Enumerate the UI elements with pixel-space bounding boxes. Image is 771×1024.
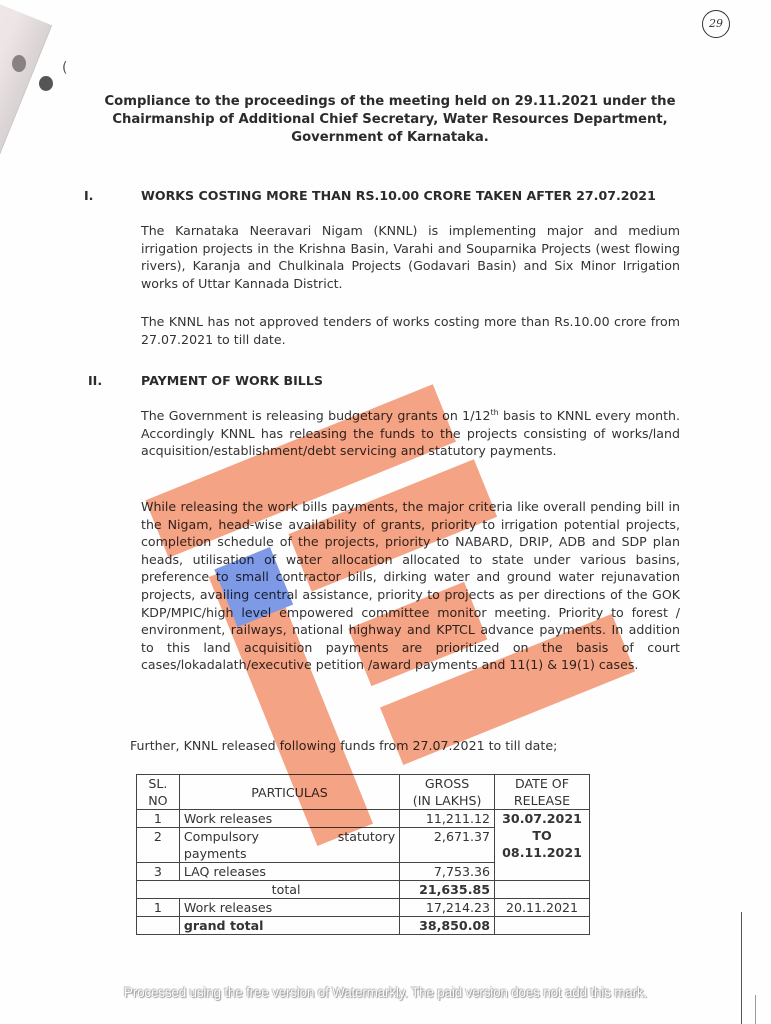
paragraph: While releasing the work bills payments,… xyxy=(141,498,680,674)
date-to-word: TO xyxy=(499,827,585,844)
header-gross: GROSS(IN LAKHS) xyxy=(400,775,495,810)
cell-particulars: Compulsorystatutory payments xyxy=(179,828,399,863)
cell-particulars: Work releases xyxy=(179,899,399,917)
table-row-grand-total: grand total 38,850.08 xyxy=(137,917,590,935)
paragraph: The Government is releasing budgetary gr… xyxy=(141,407,680,460)
cell-sl: 3 xyxy=(137,863,180,881)
cell-grand-total-label: grand total xyxy=(179,917,399,935)
margin-mark: ( xyxy=(62,60,67,76)
title-line: Government of Karnataka. xyxy=(60,129,720,147)
cell-sl: 2 xyxy=(137,828,180,863)
cell-particulars: Work releases xyxy=(179,810,399,828)
date-from: 30.07.2021 xyxy=(499,810,585,827)
watermark-footer-text: Processed using the free version of Wate… xyxy=(0,985,771,1000)
table-row: 1 Work releases 17,214.23 20.11.2021 xyxy=(137,899,590,917)
cell-sl: 1 xyxy=(137,899,180,917)
text-run: Compulsory xyxy=(184,828,259,845)
cell-empty xyxy=(495,881,590,899)
table-row: 1 Work releases 11,211.12 30.07.2021 TO … xyxy=(137,810,590,828)
section-number: I. xyxy=(84,188,93,203)
paragraph: The KNNL has not approved tenders of wor… xyxy=(141,313,680,348)
cell-gross: 11,211.12 xyxy=(400,810,495,828)
cell-sl: 1 xyxy=(137,810,180,828)
punch-hole xyxy=(39,76,53,91)
superscript: th xyxy=(490,408,498,417)
cell-date-range: 30.07.2021 TO 08.11.2021 xyxy=(495,810,590,881)
cell-total-label: total xyxy=(137,881,400,899)
punch-hole xyxy=(12,55,26,72)
cell-grand-total-gross: 38,850.08 xyxy=(400,917,495,935)
header-text: (IN LAKHS) xyxy=(404,792,490,809)
table-header-row: SL.NO PARTICULAS GROSS(IN LAKHS) DATE OF… xyxy=(137,775,590,810)
header-text: NO xyxy=(141,792,175,809)
date-to: 08.11.2021 xyxy=(499,844,585,861)
text-run: statutory xyxy=(338,828,395,845)
cell-total-gross: 21,635.85 xyxy=(400,881,495,899)
paragraph: The Karnataka Neeravari Nigam (KNNL) is … xyxy=(141,222,680,292)
header-text: SL. xyxy=(141,775,175,792)
header-date: DATE OFRELEASE xyxy=(495,775,590,810)
header-text: RELEASE xyxy=(499,792,585,809)
title-line: Compliance to the proceedings of the mee… xyxy=(60,93,720,111)
header-particulars: PARTICULAS xyxy=(179,775,399,810)
header-text: GROSS xyxy=(404,775,490,792)
cell-gross: 7,753.36 xyxy=(400,863,495,881)
page-number-stamp: 29 xyxy=(702,10,730,38)
funds-table: SL.NO PARTICULAS GROSS(IN LAKHS) DATE OF… xyxy=(136,774,590,935)
section-heading: PAYMENT OF WORK BILLS xyxy=(141,373,323,388)
cell-gross: 17,214.23 xyxy=(400,899,495,917)
text-run: The Government is releasing budgetary gr… xyxy=(141,408,490,423)
section-number: II. xyxy=(88,373,102,388)
header-text: DATE OF xyxy=(499,775,585,792)
cell-gross: 2,671.37 xyxy=(400,828,495,863)
cell-empty xyxy=(137,917,180,935)
cell-date: 20.11.2021 xyxy=(495,899,590,917)
table-row-total: total 21,635.85 xyxy=(137,881,590,899)
text-run: payments xyxy=(184,845,395,862)
document-title: Compliance to the proceedings of the mee… xyxy=(60,93,720,147)
cell-empty xyxy=(495,917,590,935)
header-sl-no: SL.NO xyxy=(137,775,180,810)
title-line: Chairmanship of Additional Chief Secreta… xyxy=(60,111,720,129)
page-edge-line xyxy=(741,912,742,1024)
further-text: Further, KNNL released following funds f… xyxy=(130,738,557,753)
page-edge-shadow xyxy=(0,0,52,452)
cell-particulars: LAQ releases xyxy=(179,863,399,881)
section-heading: WORKS COSTING MORE THAN RS.10.00 CRORE T… xyxy=(141,188,656,203)
